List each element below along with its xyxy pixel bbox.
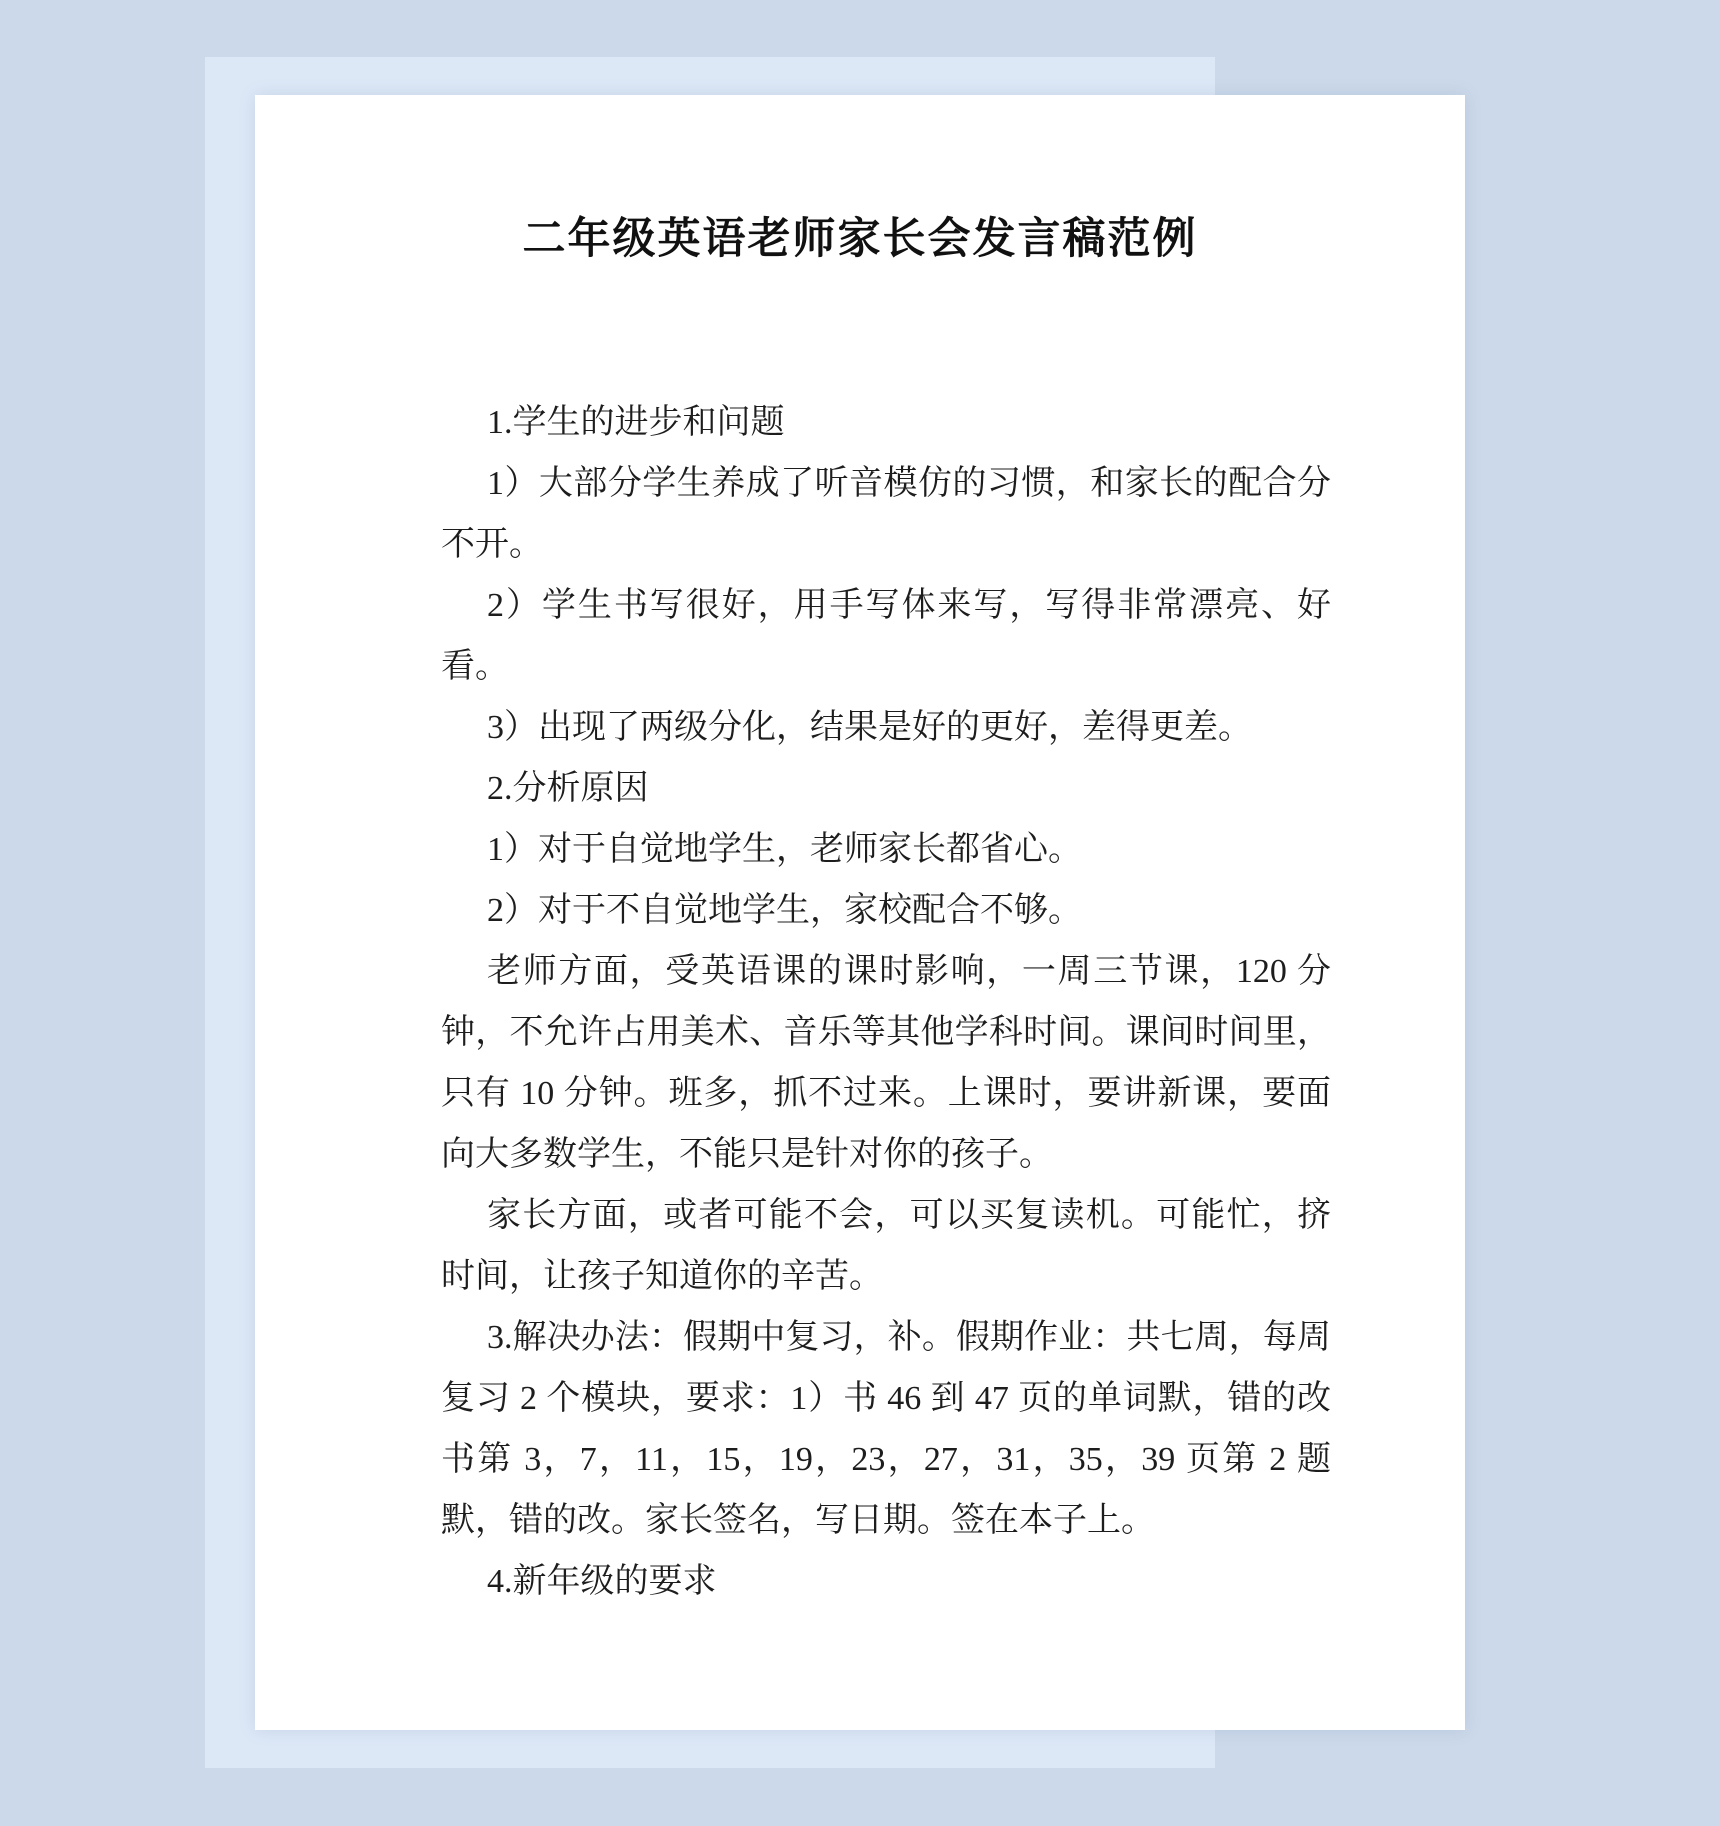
- paragraph: 2）学生书写很好，用手写体来写，写得非常漂亮、好看。: [441, 575, 1331, 697]
- document-body: 1.学生的进步和问题 1）大部分学生养成了听音模仿的习惯，和家长的配合分不开。 …: [441, 392, 1331, 1612]
- paragraph: 1）对于自觉地学生，老师家长都省心。: [441, 819, 1331, 880]
- canvas: 二年级英语老师家长会发言稿范例 1.学生的进步和问题 1）大部分学生养成了听音模…: [0, 0, 1720, 1826]
- paragraph: 1.学生的进步和问题: [441, 392, 1331, 453]
- paragraph: 3）出现了两级分化，结果是好的更好，差得更差。: [441, 697, 1331, 758]
- paragraph: 家长方面，或者可能不会，可以买复读机。可能忙，挤时间，让孩子知道你的辛苦。: [441, 1185, 1331, 1307]
- paragraph: 3.解决办法：假期中复习，补。假期作业：共七周，每周复习 2 个模块，要求：1）…: [441, 1307, 1331, 1551]
- paragraph: 4.新年级的要求: [441, 1551, 1331, 1612]
- document-title: 二年级英语老师家长会发言稿范例: [255, 216, 1465, 262]
- paragraph: 老师方面，受英语课的课时影响，一周三节课，120 分钟，不允许占用美术、音乐等其…: [441, 941, 1331, 1185]
- paragraph: 2）对于不自觉地学生，家校配合不够。: [441, 880, 1331, 941]
- document-page: 二年级英语老师家长会发言稿范例 1.学生的进步和问题 1）大部分学生养成了听音模…: [255, 95, 1465, 1730]
- paragraph: 1）大部分学生养成了听音模仿的习惯，和家长的配合分不开。: [441, 453, 1331, 575]
- paragraph: 2.分析原因: [441, 758, 1331, 819]
